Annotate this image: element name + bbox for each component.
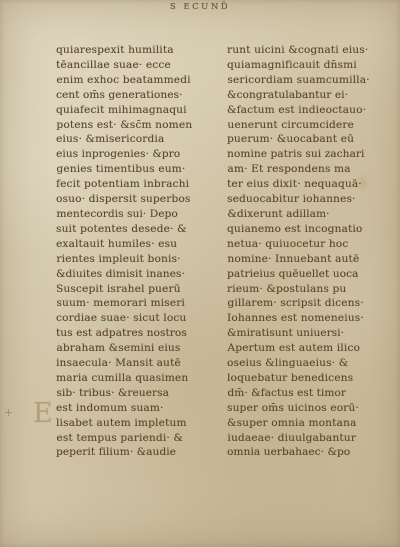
text-line: exaltauit humiles· esu: [56, 237, 192, 252]
text-line: peperit filium· &audie: [56, 445, 192, 460]
text-line: rientes impleuit bonis·: [56, 252, 192, 267]
text-line: abraham &semini eius: [56, 341, 192, 356]
text-line: suit potentes desede· &: [56, 222, 192, 237]
text-line: cordiae suae· sicut locu: [56, 311, 192, 326]
text-line: loquebatur benedicens: [227, 371, 369, 386]
text-line: super om̄s uicinos eorū·: [227, 401, 369, 416]
text-line: uenerunt circumcidere: [227, 118, 369, 133]
text-line: &congratulabantur ei·: [227, 88, 369, 103]
text-line: &dixerunt adillam·: [227, 207, 369, 222]
text-line: eius inprogenies· &pro: [56, 147, 192, 162]
text-line: netua· quiuocetur hoc: [227, 237, 369, 252]
text-line: fecit potentiam inbrachi: [56, 177, 192, 192]
text-line: patrieius quēuellet uoca: [227, 267, 369, 282]
text-line: cent om̄s generationes·: [56, 88, 192, 103]
ink-showthrough-smudge: [356, 172, 370, 194]
text-line: insaecula· Mansit autē: [56, 356, 192, 371]
text-line: genies timentibus eum·: [56, 162, 192, 177]
text-line: quiafecit mihimagnaqui: [56, 103, 192, 118]
text-line: &diuites dimisit inanes·: [56, 267, 192, 282]
text-line: oseius &linguaeius· &: [227, 356, 369, 371]
text-line: enim exhoc beatammedi: [56, 73, 192, 88]
text-line: seduocabitur iohannes·: [227, 192, 369, 207]
text-line: sib· tribus· &reuersa: [56, 386, 192, 401]
text-line: gillarem· scripsit dicens·: [227, 296, 369, 311]
text-line: est indomum suam·: [56, 401, 192, 416]
text-line: eius· &misericordia: [56, 132, 192, 147]
text-line: ter eius dixit· nequaquā·: [227, 177, 369, 192]
text-line: Apertum est autem ilico: [227, 341, 369, 356]
left-text-column: quiarespexit humilitatēancillae suae· ec…: [56, 43, 192, 460]
manuscript-page: S ECUND̄ quiarespexit humilitatēancillae…: [0, 0, 400, 547]
text-line: suum· memorari miseri: [56, 296, 192, 311]
text-line: tēancillae suae· ecce: [56, 58, 192, 73]
text-line: maria cumilla quasimen: [56, 371, 192, 386]
text-line: osuo· dispersit superbos: [56, 192, 192, 207]
text-line: tus est adpatres nostros: [56, 326, 192, 341]
text-line: nomine· Innuebant autē: [227, 252, 369, 267]
text-line: lisabet autem impletum: [56, 416, 192, 431]
text-line: quianemo est incognatio: [227, 222, 369, 237]
faint-marginal-initial: E: [33, 398, 53, 429]
text-line: &super omnia montana: [227, 416, 369, 431]
marginal-cross-mark: +: [4, 406, 13, 419]
text-line: omnia uerbahaec· &po: [227, 445, 369, 460]
text-line: nomine patris sui zachari: [227, 147, 369, 162]
text-line: iudaeae· diuulgabantur: [227, 431, 369, 446]
running-title: S ECUND̄: [0, 2, 400, 12]
text-line: est tempus pariendi· &: [56, 431, 192, 446]
right-text-column: runt uicini &cognati eius·quiamagnificau…: [227, 43, 369, 460]
text-line: &factum est indieoctauo·: [227, 103, 369, 118]
text-line: am· Et respondens ma: [227, 162, 369, 177]
text-line: runt uicini &cognati eius·: [227, 43, 369, 58]
text-line: &miratisunt uniuersi·: [227, 326, 369, 341]
text-line: sericordiam suamcumilla·: [227, 73, 369, 88]
text-line: quiarespexit humilita: [56, 43, 192, 58]
text-line: quiamagnificauit dn̄smi: [227, 58, 369, 73]
text-line: dm̄· &factus est timor: [227, 386, 369, 401]
text-line: Iohannes est nomeneius·: [227, 311, 369, 326]
text-line: potens est· &sc̄m nomen: [56, 118, 192, 133]
text-line: rieum· &postulans pu: [227, 282, 369, 297]
text-line: Suscepit israhel puerū: [56, 282, 192, 297]
text-line: mentecordis sui· Depo: [56, 207, 192, 222]
text-line: puerum· &uocabant eū: [227, 132, 369, 147]
